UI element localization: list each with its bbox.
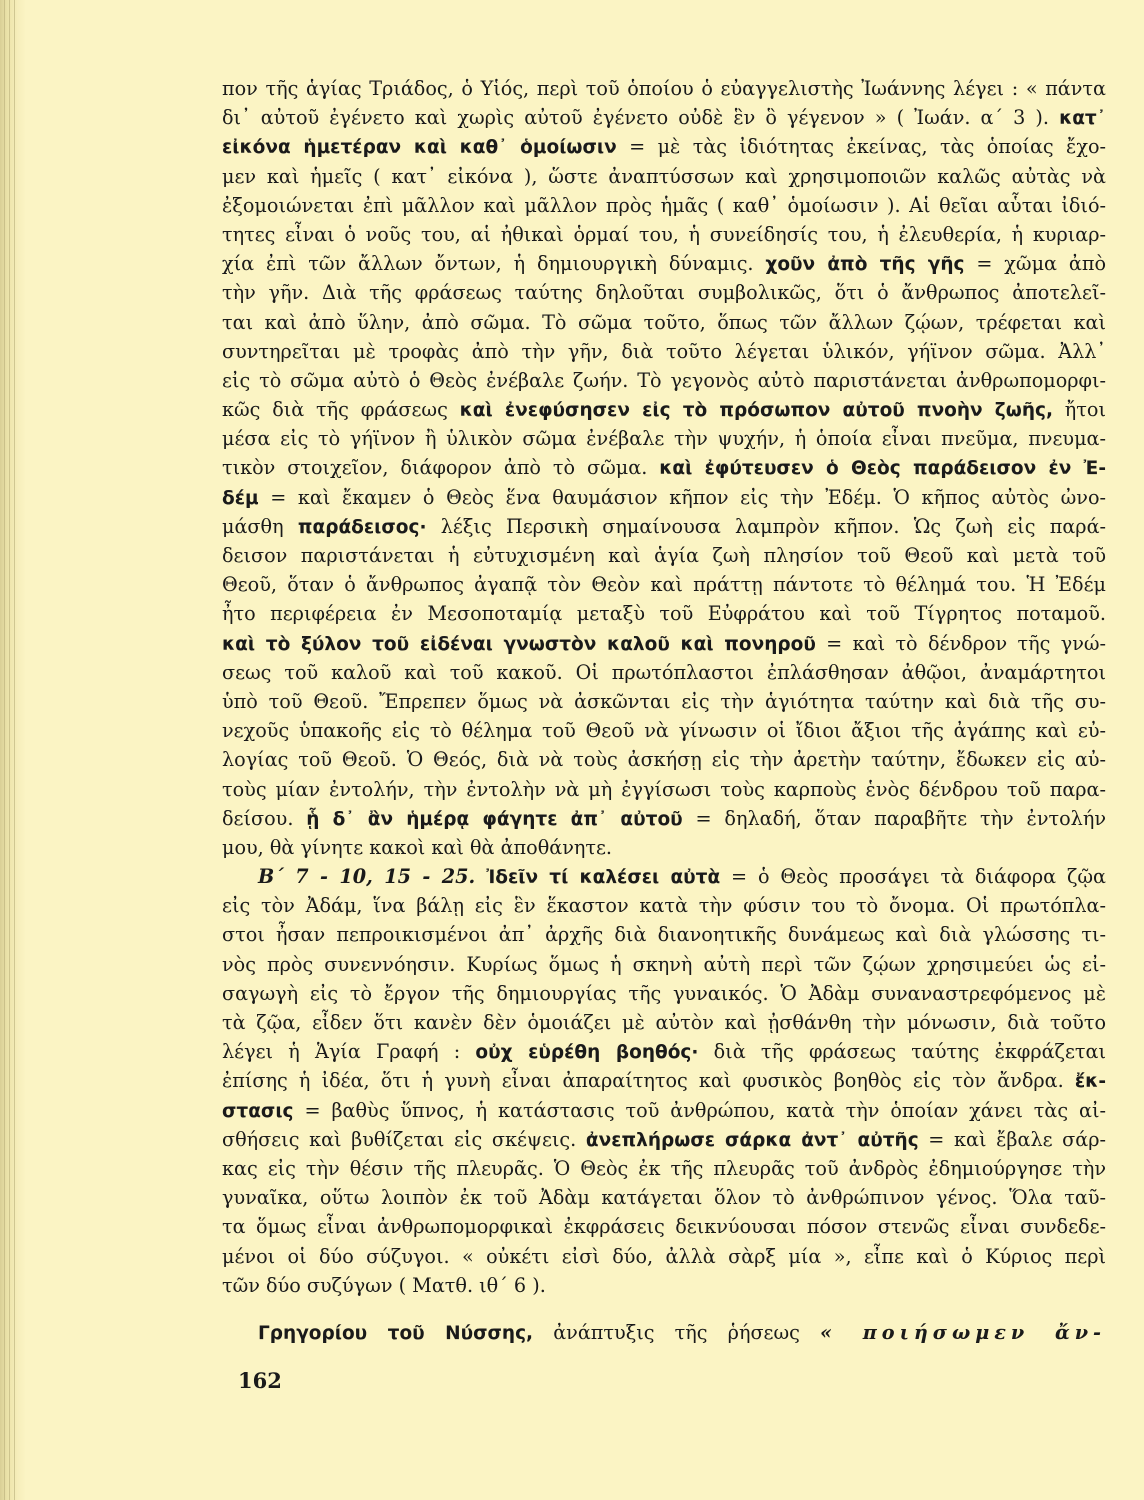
verse-reference: Β΄ 7 - 10, 15 - 25.	[258, 865, 475, 888]
page-number: 162	[238, 1368, 282, 1393]
text-line: ται καὶ ἀπὸ ὕλην, ἀπὸ σῶμα. Τὸ σῶμα τοῦτ…	[222, 308, 1106, 337]
text-line: δι᾽ αὐτοῦ ἐγένετο καὶ χωρὶς αὐτοῦ ἐγένετ…	[222, 103, 1106, 132]
text-line: μεν καὶ ἡμεῖς ( κατ᾽ εἰκόνα ), ὥστε ἀναπ…	[222, 162, 1106, 191]
text-line: δεισον παριστάνεται ἡ εὐτυχισμένη καὶ ἁγ…	[222, 541, 1106, 570]
gutter-line	[4, 0, 5, 1500]
bold-term: Ἰδεῖν τί καλέσει αὐτὰ	[475, 867, 720, 888]
text-line: εἰς τὸν Ἀδάμ, ἵνα βάλῃ εἰς ἓν ἕκαστον κα…	[222, 891, 1106, 920]
text-line: τοὺς μίαν ἐντολήν, τὴν ἐντολὴν νὰ μὴ ἐγγ…	[222, 775, 1106, 804]
text-line: Θεοῦ, ὅταν ὁ ἄνθρωπος ἀγαπᾷ τὸν Θεὸν καὶ…	[222, 570, 1106, 599]
text-line: μένοι οἱ δύο σύζυγοι. « οὐκέτι εἰσὶ δύο,…	[222, 1242, 1106, 1271]
text-line: σαγωγὴ εἰς τὸ ἔργον τῆς δημιουργίας τῆς …	[222, 979, 1106, 1008]
page-body-text: πον τῆς ἁγίας Τριάδος, ὁ Υἱός, περὶ τοῦ …	[222, 74, 1106, 1347]
bold-term: εἰκόνα ἡμετέραν καὶ καθ᾽ ὁμοίωσιν	[222, 137, 617, 158]
text-line: εἰς τὸ σῶμα αὐτὸ ὁ Θεὸς ἐνέβαλε ζωήν. Τὸ…	[222, 366, 1106, 395]
text-line: γυναῖκα, οὕτω λοιπὸν ἐκ τοῦ Ἀδὰμ κατάγετ…	[222, 1183, 1106, 1212]
text-line: τῶν δύο συζύγων ( Ματθ. ιθ΄ 6 ).	[222, 1271, 1106, 1300]
bold-term: οὐχ εὑρέθη βοηθός·	[475, 1042, 698, 1063]
text-line: ἐξομοιώνεται ἐπὶ μᾶλλον καὶ μᾶλλον πρὸς …	[222, 191, 1106, 220]
text-line: ἦτο περιφέρεια ἐν Μεσοποταμίᾳ μεταξὺ τοῦ…	[222, 599, 1106, 628]
book-gutter-shadow	[0, 0, 26, 1500]
section-heading: Γρηγορίου τοῦ Νύσσης,	[258, 1323, 533, 1344]
text-line: νὸς πρὸς συνεννόησιν. Κυρίως ὅμως ἡ σκην…	[222, 950, 1106, 979]
text-line: χία ἐπὶ τῶν ἄλλων ὄντων, ἡ δημιουργικὴ δ…	[222, 249, 1106, 278]
text-line: μάσθη παράδεισος· λέξις Περσικὴ σημαίνου…	[222, 512, 1106, 541]
text-line: σθήσεις καὶ βυθίζεται εἰς σκέψεις. ἀνεπλ…	[222, 1125, 1106, 1154]
bold-term: ἀνεπλήρωσε σάρκα ἀντ᾽ αὐτῆς	[586, 1130, 919, 1151]
text-line: Γρηγορίου τοῦ Νύσσης, ἀνάπτυξις τῆς ῥήσε…	[222, 1318, 1106, 1347]
text-line: μου, θὰ γίνητε κακοὶ καὶ θὰ ἀποθάνητε.	[222, 833, 1106, 862]
text-line: τικὸν στοιχεῖον, διάφορον ἀπὸ τὸ σῶμα. κ…	[222, 453, 1106, 482]
bold-term: ἔκ-	[1075, 1071, 1106, 1092]
text-line: τὰ ζῷα, εἶδεν ὅτι κανὲν δὲν ὁμοιάζει μὲ …	[222, 1008, 1106, 1037]
bold-term: δέμ	[222, 488, 259, 509]
bold-term: παράδεισος·	[298, 517, 427, 538]
bold-term: ᾗ δ᾽ ἂν ἡμέρᾳ φάγητε ἀπ᾽ αὐτοῦ	[306, 809, 682, 830]
gutter-line	[14, 0, 15, 1500]
text-line: στασις = βαθὺς ὕπνος, ἡ κατάστασις τοῦ ἀ…	[222, 1096, 1106, 1125]
text-line: κῶς διὰ τῆς φράσεως καὶ ἐνεφύσησεν εἰς τ…	[222, 395, 1106, 424]
spaced-quote: « ποιήσωμεν ἄν-	[820, 1321, 1106, 1344]
bold-term: καὶ ἐνεφύσησεν εἰς τὸ πρόσωπον αὐτοῦ πνο…	[460, 400, 1053, 421]
text-line: στοι ἦσαν πεπροικισμένοι ἀπ᾽ ἀρχῆς διὰ δ…	[222, 920, 1106, 949]
text-line: τα ὅμως εἶναι ἀνθρωπομορφικαὶ ἐκφράσεις …	[222, 1212, 1106, 1241]
text-line: πον τῆς ἁγίας Τριάδος, ὁ Υἱός, περὶ τοῦ …	[222, 74, 1106, 103]
text-line: εἰκόνα ἡμετέραν καὶ καθ᾽ ὁμοίωσιν = μὲ τ…	[222, 132, 1106, 161]
text-line: δέμ = καὶ ἔκαμεν ὁ Θεὸς ἕνα θαυμάσιον κῆ…	[222, 483, 1106, 512]
text-line: λέγει ἡ Ἁγία Γραφή : οὐχ εὑρέθη βοηθός· …	[222, 1037, 1106, 1066]
text-line: καὶ τὸ ξύλον τοῦ εἰδέναι γνωστὸν καλοῦ κ…	[222, 629, 1106, 658]
text-line: σεως τοῦ καλοῦ καὶ τοῦ κακοῦ. Οἱ πρωτόπλ…	[222, 658, 1106, 687]
bold-term: καὶ ἐφύτευσεν ὁ Θεὸς παράδεισον ἐν Ἐ-	[659, 458, 1106, 479]
bold-term: χοῦν ἀπὸ τῆς γῆς	[765, 254, 964, 275]
text-line: λογίας τοῦ Θεοῦ. Ὁ Θεός, διὰ νὰ τοὺς ἀσκ…	[222, 745, 1106, 774]
text-line: ὑπὸ τοῦ Θεοῦ. Ἔπρεπεν ὅμως νὰ ἀσκῶνται ε…	[222, 687, 1106, 716]
text-line: νεχοῦς ὑπακοῆς εἰς τὸ θέλημα τοῦ Θεοῦ νὰ…	[222, 716, 1106, 745]
gutter-line	[9, 0, 10, 1500]
text-line: συντηρεῖται μὲ τροφὰς ἀπὸ τὴν γῆν, διὰ τ…	[222, 337, 1106, 366]
text-line: τὴν γῆν. Διὰ τῆς φράσεως ταύτης δηλοῦται…	[222, 278, 1106, 307]
text-line: κας εἰς τὴν θέσιν τῆς πλευρᾶς. Ὁ Θεὸς ἐκ…	[222, 1154, 1106, 1183]
bold-term: στασις	[222, 1101, 294, 1122]
paragraph-gap	[222, 1300, 1106, 1318]
text-line: Β΄ 7 - 10, 15 - 25. Ἰδεῖν τί καλέσει αὐτ…	[222, 862, 1106, 891]
text-line: δείσου. ᾗ δ᾽ ἂν ἡμέρᾳ φάγητε ἀπ᾽ αὐτοῦ =…	[222, 804, 1106, 833]
text-line: τητες εἶναι ὁ νοῦς του, αἱ ἠθικαὶ ὁρμαί …	[222, 220, 1106, 249]
bold-term: καὶ τὸ ξύλον τοῦ εἰδέναι γνωστὸν καλοῦ κ…	[222, 634, 816, 655]
text-line: μέσα εἰς τὸ γήϊνον ἢ ὑλικὸν σῶμα ἐνέβαλε…	[222, 424, 1106, 453]
bold-term: κατ᾽	[1059, 108, 1106, 129]
text-line: ἐπίσης ἡ ἰδέα, ὅτι ἡ γυνὴ εἶναι ἀπαραίτη…	[222, 1066, 1106, 1095]
